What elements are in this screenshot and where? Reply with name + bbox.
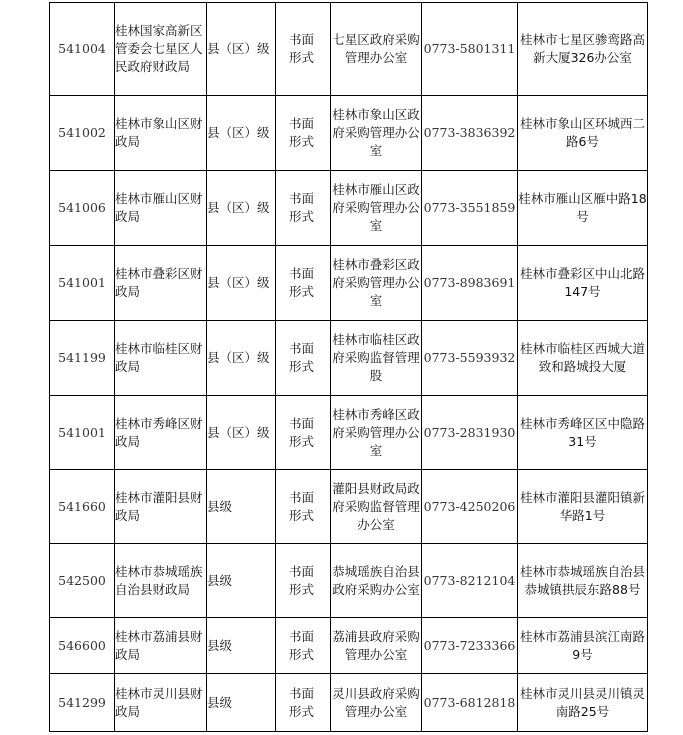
agency-name-cell: 桂林市灵川县财政局: [115, 674, 207, 732]
phone-cell: 0773-3551859: [422, 171, 518, 246]
address-text: 桂林市雁山区雁中路18号: [518, 190, 647, 226]
name-text: 桂林市荔浦县财政局: [115, 628, 206, 664]
address-text: 桂林市荔浦县滨江南路9号: [518, 628, 647, 664]
postal-code-cell: 542500: [50, 544, 115, 618]
postal-code-cell: 541006: [50, 171, 115, 246]
form-text: 书面形式: [287, 340, 319, 376]
code-text: 541001: [50, 274, 114, 292]
table-row: 541299 桂林市灵川县财政局 县级 书面形式 灵川县政府采购管理办公室 07…: [50, 674, 648, 732]
address-cell: 桂林市荔浦县滨江南路9号: [518, 618, 648, 674]
table-row: 541199 桂林市临桂区财政局 县（区）级 书面形式 桂林市临桂区政府采购监督…: [50, 321, 648, 396]
phone-text: 0773-8212104: [422, 572, 517, 590]
admin-level-cell: 县级: [207, 470, 276, 544]
level-text: 县（区）级: [207, 274, 275, 292]
phone-cell: 0773-8983691: [422, 246, 518, 321]
postal-code-cell: 546600: [50, 618, 115, 674]
admin-level-cell: 县（区）级: [207, 396, 276, 470]
phone-cell: 0773-6812818: [422, 674, 518, 732]
form-text: 书面形式: [287, 489, 319, 525]
office-text: 桂林市秀峰区政府采购管理办公室: [331, 406, 421, 460]
office-text: 荔浦县政府采购管理办公室: [331, 628, 421, 664]
office-text: 桂林市叠彩区政府采购管理办公室: [331, 256, 421, 310]
office-name-cell: 桂林市秀峰区政府采购管理办公室: [331, 396, 422, 470]
office-text: 桂林市雁山区政府采购管理办公室: [331, 181, 421, 235]
agency-name-cell: 桂林市秀峰区财政局: [115, 396, 207, 470]
phone-text: 0773-2831930: [422, 424, 517, 442]
form-text: 书面形式: [287, 628, 319, 664]
level-text: 县（区）级: [207, 349, 275, 367]
procurement-office-table: 541004 桂林国家高新区管委会七星区人民政府财政局 县（区）级 书面形式 七…: [49, 2, 648, 732]
address-text: 桂林市灵川县灵川镇灵南路25号: [518, 685, 647, 721]
office-text: 桂林市象山区政府采购管理办公室: [331, 106, 421, 160]
postal-code-cell: 541004: [50, 3, 115, 96]
submission-form-cell: 书面形式: [276, 96, 331, 171]
office-name-cell: 桂林市临桂区政府采购监督管理股: [331, 321, 422, 396]
submission-form-cell: 书面形式: [276, 246, 331, 321]
phone-text: 0773-6812818: [422, 694, 517, 712]
office-name-cell: 荔浦县政府采购管理办公室: [331, 618, 422, 674]
address-cell: 桂林市秀峰区区中隐路31号: [518, 396, 648, 470]
phone-text: 0773-3551859: [422, 199, 517, 217]
postal-code-cell: 541199: [50, 321, 115, 396]
agency-name-cell: 桂林市荔浦县财政局: [115, 618, 207, 674]
code-text: 541299: [50, 694, 114, 712]
office-name-cell: 桂林市象山区政府采购管理办公室: [331, 96, 422, 171]
office-name-cell: 桂林市雁山区政府采购管理办公室: [331, 171, 422, 246]
code-text: 541002: [50, 124, 114, 142]
office-name-cell: 恭城瑶族自治县政府采购办公室: [331, 544, 422, 618]
office-text: 桂林市临桂区政府采购监督管理股: [331, 331, 421, 385]
submission-form-cell: 书面形式: [276, 618, 331, 674]
name-text: 桂林市叠彩区财政局: [115, 265, 206, 301]
name-text: 桂林市灌阳县财政局: [115, 489, 206, 525]
admin-level-cell: 县（区）级: [207, 3, 276, 96]
address-cell: 桂林市恭城瑶族自治县恭城镇拱辰东路88号: [518, 544, 648, 618]
office-text: 灵川县政府采购管理办公室: [331, 685, 421, 721]
submission-form-cell: 书面形式: [276, 3, 331, 96]
postal-code-cell: 541002: [50, 96, 115, 171]
agency-name-cell: 桂林市叠彩区财政局: [115, 246, 207, 321]
address-text: 桂林市灌阳县灌阳镇新华路1号: [518, 489, 647, 525]
office-name-cell: 七星区政府采购管理办公室: [331, 3, 422, 96]
phone-cell: 0773-5593932: [422, 321, 518, 396]
address-text: 桂林市叠彩区中山北路147号: [518, 265, 647, 301]
office-text: 七星区政府采购管理办公室: [331, 31, 421, 67]
name-text: 桂林市雁山区财政局: [115, 190, 206, 226]
address-text: 桂林市临桂区西城大道致和路城投大厦: [518, 340, 647, 376]
address-cell: 桂林市雁山区雁中路18号: [518, 171, 648, 246]
agency-name-cell: 桂林市象山区财政局: [115, 96, 207, 171]
level-text: 县级: [207, 498, 275, 516]
address-text: 桂林市恭城瑶族自治县恭城镇拱辰东路88号: [518, 563, 647, 599]
phone-text: 0773-8983691: [422, 274, 517, 292]
office-text: 灌阳县财政局政府采购监督管理办公室: [331, 480, 421, 534]
table-row: 546600 桂林市荔浦县财政局 县级 书面形式 荔浦县政府采购管理办公室 07…: [50, 618, 648, 674]
admin-level-cell: 县（区）级: [207, 171, 276, 246]
phone-cell: 0773-7233366: [422, 618, 518, 674]
form-text: 书面形式: [287, 415, 319, 451]
phone-text: 0773-3836392: [422, 124, 517, 142]
table-row: 541001 桂林市秀峰区财政局 县（区）级 书面形式 桂林市秀峰区政府采购管理…: [50, 396, 648, 470]
code-text: 541199: [50, 349, 114, 367]
postal-code-cell: 541001: [50, 396, 115, 470]
phone-cell: 0773-5801311: [422, 3, 518, 96]
postal-code-cell: 541660: [50, 470, 115, 544]
address-cell: 桂林市临桂区西城大道致和路城投大厦: [518, 321, 648, 396]
postal-code-cell: 541299: [50, 674, 115, 732]
admin-level-cell: 县级: [207, 618, 276, 674]
agency-name-cell: 桂林市灌阳县财政局: [115, 470, 207, 544]
name-text: 桂林国家高新区管委会七星区人民政府财政局: [115, 22, 206, 76]
form-text: 书面形式: [287, 563, 319, 599]
table-row: 541001 桂林市叠彩区财政局 县（区）级 书面形式 桂林市叠彩区政府采购管理…: [50, 246, 648, 321]
name-text: 桂林市象山区财政局: [115, 115, 206, 151]
admin-level-cell: 县（区）级: [207, 246, 276, 321]
admin-level-cell: 县级: [207, 544, 276, 618]
level-text: 县（区）级: [207, 424, 275, 442]
phone-text: 0773-5593932: [422, 349, 517, 367]
phone-cell: 0773-4250206: [422, 470, 518, 544]
postal-code-cell: 541001: [50, 246, 115, 321]
submission-form-cell: 书面形式: [276, 321, 331, 396]
address-text: 桂林市秀峰区区中隐路31号: [518, 415, 647, 451]
address-cell: 桂林市叠彩区中山北路147号: [518, 246, 648, 321]
phone-text: 0773-7233366: [422, 637, 517, 655]
name-text: 桂林市秀峰区财政局: [115, 415, 206, 451]
form-text: 书面形式: [287, 115, 319, 151]
code-text: 542500: [50, 572, 114, 590]
name-text: 桂林市恭城瑶族自治县财政局: [115, 563, 206, 599]
office-text: 恭城瑶族自治县政府采购办公室: [331, 563, 421, 599]
agency-name-cell: 桂林国家高新区管委会七星区人民政府财政局: [115, 3, 207, 96]
office-name-cell: 灵川县政府采购管理办公室: [331, 674, 422, 732]
form-text: 书面形式: [287, 31, 319, 67]
address-cell: 桂林市灌阳县灌阳镇新华路1号: [518, 470, 648, 544]
agency-name-cell: 桂林市临桂区财政局: [115, 321, 207, 396]
name-text: 桂林市灵川县财政局: [115, 685, 206, 721]
agency-name-cell: 桂林市雁山区财政局: [115, 171, 207, 246]
phone-cell: 0773-3836392: [422, 96, 518, 171]
phone-text: 0773-4250206: [422, 498, 517, 516]
form-text: 书面形式: [287, 265, 319, 301]
code-text: 541660: [50, 498, 114, 516]
table-row: 541006 桂林市雁山区财政局 县（区）级 书面形式 桂林市雁山区政府采购管理…: [50, 171, 648, 246]
address-text: 桂林市象山区环城西二路6号: [518, 115, 647, 151]
office-name-cell: 桂林市叠彩区政府采购管理办公室: [331, 246, 422, 321]
name-text: 桂林市临桂区财政局: [115, 340, 206, 376]
code-text: 546600: [50, 637, 114, 655]
agency-name-cell: 桂林市恭城瑶族自治县财政局: [115, 544, 207, 618]
submission-form-cell: 书面形式: [276, 544, 331, 618]
code-text: 541001: [50, 424, 114, 442]
table-row: 541660 桂林市灌阳县财政局 县级 书面形式 灌阳县财政局政府采购监督管理办…: [50, 470, 648, 544]
code-text: 541004: [50, 40, 114, 58]
address-cell: 桂林市灵川县灵川镇灵南路25号: [518, 674, 648, 732]
form-text: 书面形式: [287, 190, 319, 226]
admin-level-cell: 县（区）级: [207, 321, 276, 396]
form-text: 书面形式: [287, 685, 319, 721]
table-row: 541004 桂林国家高新区管委会七星区人民政府财政局 县（区）级 书面形式 七…: [50, 3, 648, 96]
level-text: 县（区）级: [207, 199, 275, 217]
address-text: 桂林市七星区骖鸾路高新大厦326办公室: [518, 31, 647, 67]
phone-cell: 0773-8212104: [422, 544, 518, 618]
table-row: 541002 桂林市象山区财政局 县（区）级 书面形式 桂林市象山区政府采购管理…: [50, 96, 648, 171]
code-text: 541006: [50, 199, 114, 217]
submission-form-cell: 书面形式: [276, 171, 331, 246]
submission-form-cell: 书面形式: [276, 470, 331, 544]
admin-level-cell: 县级: [207, 674, 276, 732]
level-text: 县级: [207, 694, 275, 712]
admin-level-cell: 县（区）级: [207, 96, 276, 171]
address-cell: 桂林市七星区骖鸾路高新大厦326办公室: [518, 3, 648, 96]
submission-form-cell: 书面形式: [276, 396, 331, 470]
office-name-cell: 灌阳县财政局政府采购监督管理办公室: [331, 470, 422, 544]
address-cell: 桂林市象山区环城西二路6号: [518, 96, 648, 171]
level-text: 县级: [207, 637, 275, 655]
level-text: 县（区）级: [207, 40, 275, 58]
phone-text: 0773-5801311: [422, 40, 517, 58]
level-text: 县（区）级: [207, 124, 275, 142]
phone-cell: 0773-2831930: [422, 396, 518, 470]
table-row: 542500 桂林市恭城瑶族自治县财政局 县级 书面形式 恭城瑶族自治县政府采购…: [50, 544, 648, 618]
level-text: 县级: [207, 572, 275, 590]
submission-form-cell: 书面形式: [276, 674, 331, 732]
